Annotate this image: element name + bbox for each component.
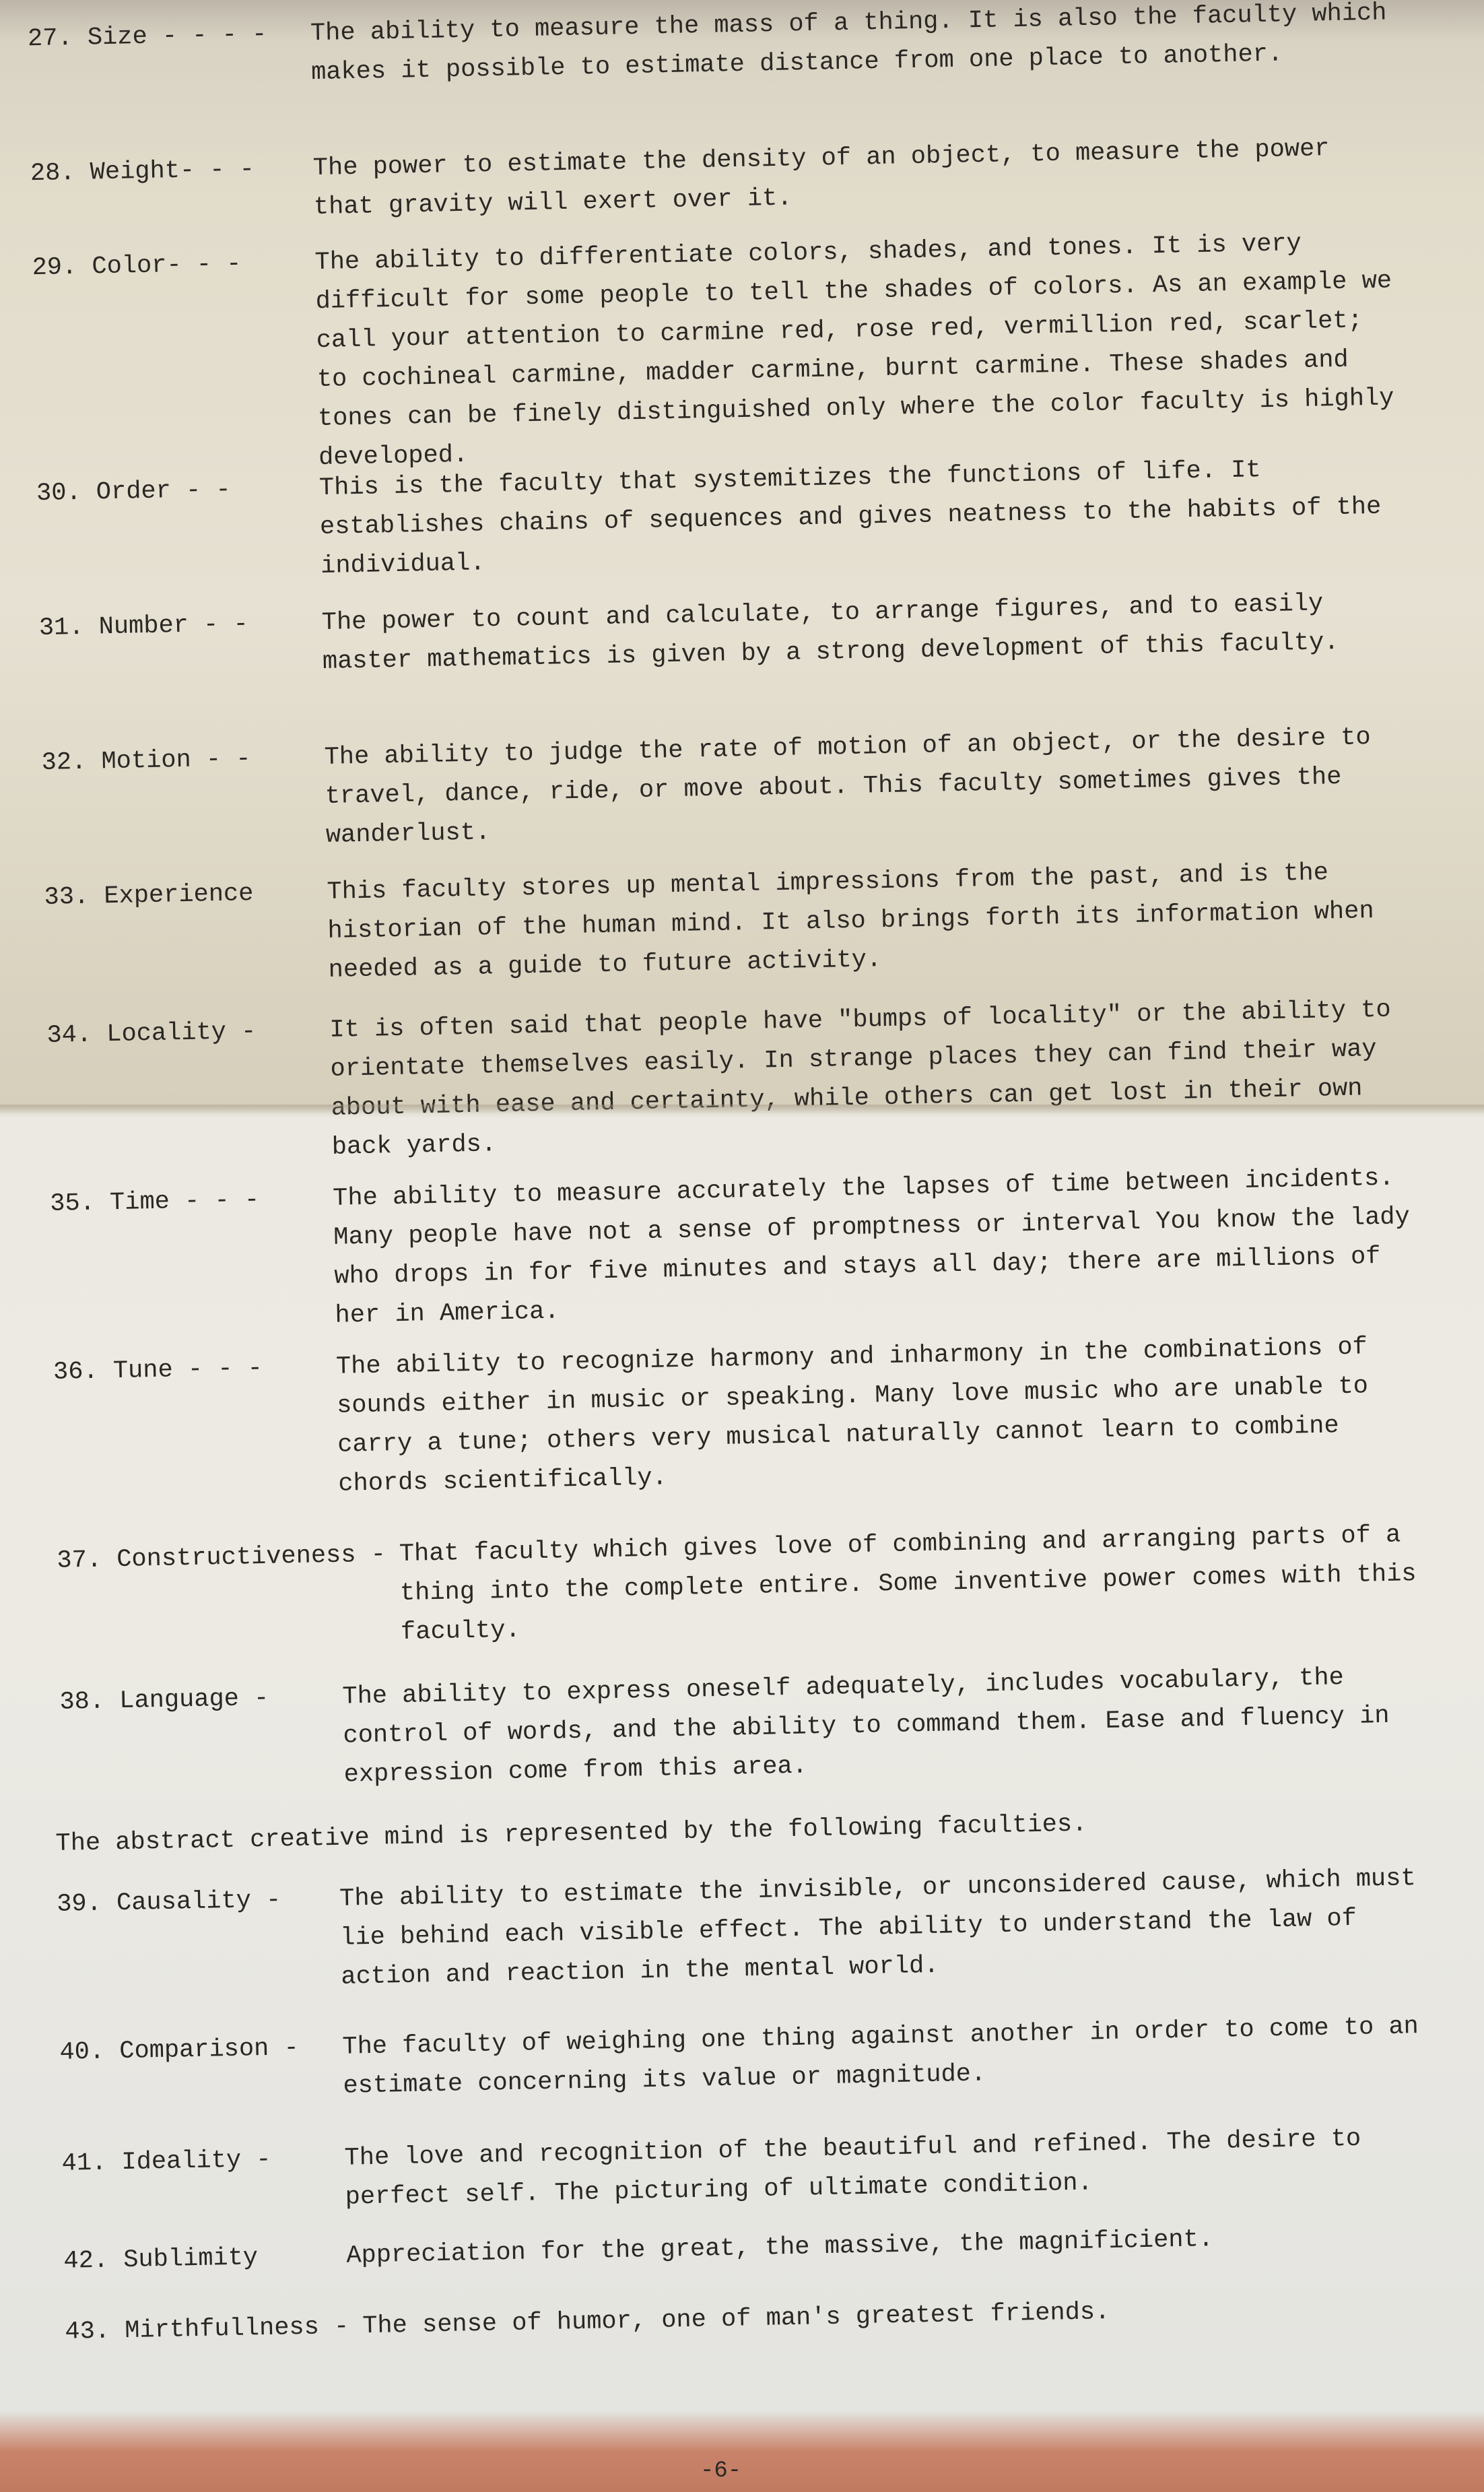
entry-text: The faculty of weighing one thing agains… (342, 2007, 1434, 2106)
entry-color: 29. Color- - - The ability to differenti… (32, 222, 1409, 483)
entry-weight: 28. Weight- - - The power to estimate th… (30, 128, 1405, 232)
entry-label: 42. Sublimity (63, 2237, 347, 2281)
entry-label: 34. Locality - (46, 1011, 332, 1173)
entry-number: 31. Number - - The power to count and ca… (38, 583, 1413, 687)
entry-text: That faculty which gives love of combini… (399, 1514, 1484, 1652)
entry-text: The love and recognition of the beautifu… (344, 2118, 1436, 2217)
entry-time: 35. Time - - - The ability to measure ac… (50, 1158, 1426, 1341)
page-number: -6- (700, 2458, 741, 2484)
entry-text: The power to estimate the density of an … (312, 128, 1405, 227)
entry-label: 38. Language - (59, 1678, 344, 1800)
entry-label: 40. Comparison - (59, 2028, 343, 2111)
entry-label: 33. Experience (44, 873, 329, 995)
entry-motion: 32. Motion - - The ability to judge the … (41, 717, 1417, 861)
section-intro: The abstract creative mind is represente… (55, 1805, 1087, 1864)
entry-label: 41. Ideality - (61, 2139, 345, 2223)
entry-locality: 34. Locality - It is often said that peo… (46, 990, 1423, 1173)
entry-causality: 39. Causality - The ability to estimate … (57, 1859, 1432, 2002)
entry-text: The ability to measure accurately the la… (333, 1158, 1426, 1336)
entry-ideality: 41. Ideality - The love and recognition … (61, 2118, 1436, 2223)
entry-label: 27. Size - - - - (28, 14, 312, 98)
entry-comparison: 40. Comparison - The faculty of weighing… (59, 2007, 1434, 2111)
entry-text: The power to count and calculate, to arr… (321, 583, 1413, 682)
entry-text: The ability to recognize harmony and inh… (336, 1327, 1429, 1504)
entry-text: It is often said that people have "bumps… (329, 990, 1423, 1167)
entry-label: 39. Causality - (57, 1880, 341, 2002)
entry-label: 37. Constructiveness - (57, 1535, 401, 1659)
entry-label: 31. Number - - (38, 603, 323, 687)
entry-text: Appreciation for the great, the massive,… (346, 2216, 1438, 2276)
entry-text: The ability to measure the mass of a thi… (310, 0, 1402, 92)
entry-text: The ability to express oneself adequatel… (342, 1657, 1435, 1795)
entry-language: 38. Language - The ability to express on… (59, 1657, 1435, 1800)
typed-page: 27. Size - - - - The ability to measure … (0, 0, 1484, 2451)
entry-experience: 33. Experience This faculty stores up me… (44, 852, 1419, 995)
entry-text: The sense of humor, one of man's greates… (362, 2286, 1454, 2346)
entry-text: The ability to judge the rate of motion … (324, 717, 1417, 855)
entry-label: 28. Weight- - - (30, 149, 314, 232)
entry-constructiveness: 37. Constructiveness - That faculty whic… (57, 1514, 1484, 1659)
entry-text: The ability to differentiate colors, sha… (314, 222, 1409, 478)
paper-fold (0, 1105, 1484, 1114)
entry-sublimity: 42. Sublimity Appreciation for the great… (63, 2216, 1438, 2281)
entry-label: 32. Motion - - (41, 738, 326, 861)
entry-label: 43. Mirthfullness - (65, 2307, 363, 2351)
entry-tune: 36. Tune - - - The ability to recognize … (53, 1327, 1429, 1509)
entry-mirthfullness: 43. Mirthfullness - The sense of humor, … (65, 2286, 1454, 2352)
entry-label: 30. Order - - (36, 469, 321, 591)
entry-label: 29. Color- - - (32, 243, 319, 483)
entry-text: This faculty stores up mental impression… (327, 852, 1419, 990)
entry-text: This is the faculty that systemitizes th… (318, 448, 1411, 586)
entry-size: 27. Size - - - - The ability to measure … (28, 0, 1403, 98)
entry-text: The ability to estimate the invisible, o… (339, 1859, 1432, 1997)
entry-label: 36. Tune - - - (53, 1348, 339, 1509)
entry-label: 35. Time - - - (50, 1179, 335, 1341)
